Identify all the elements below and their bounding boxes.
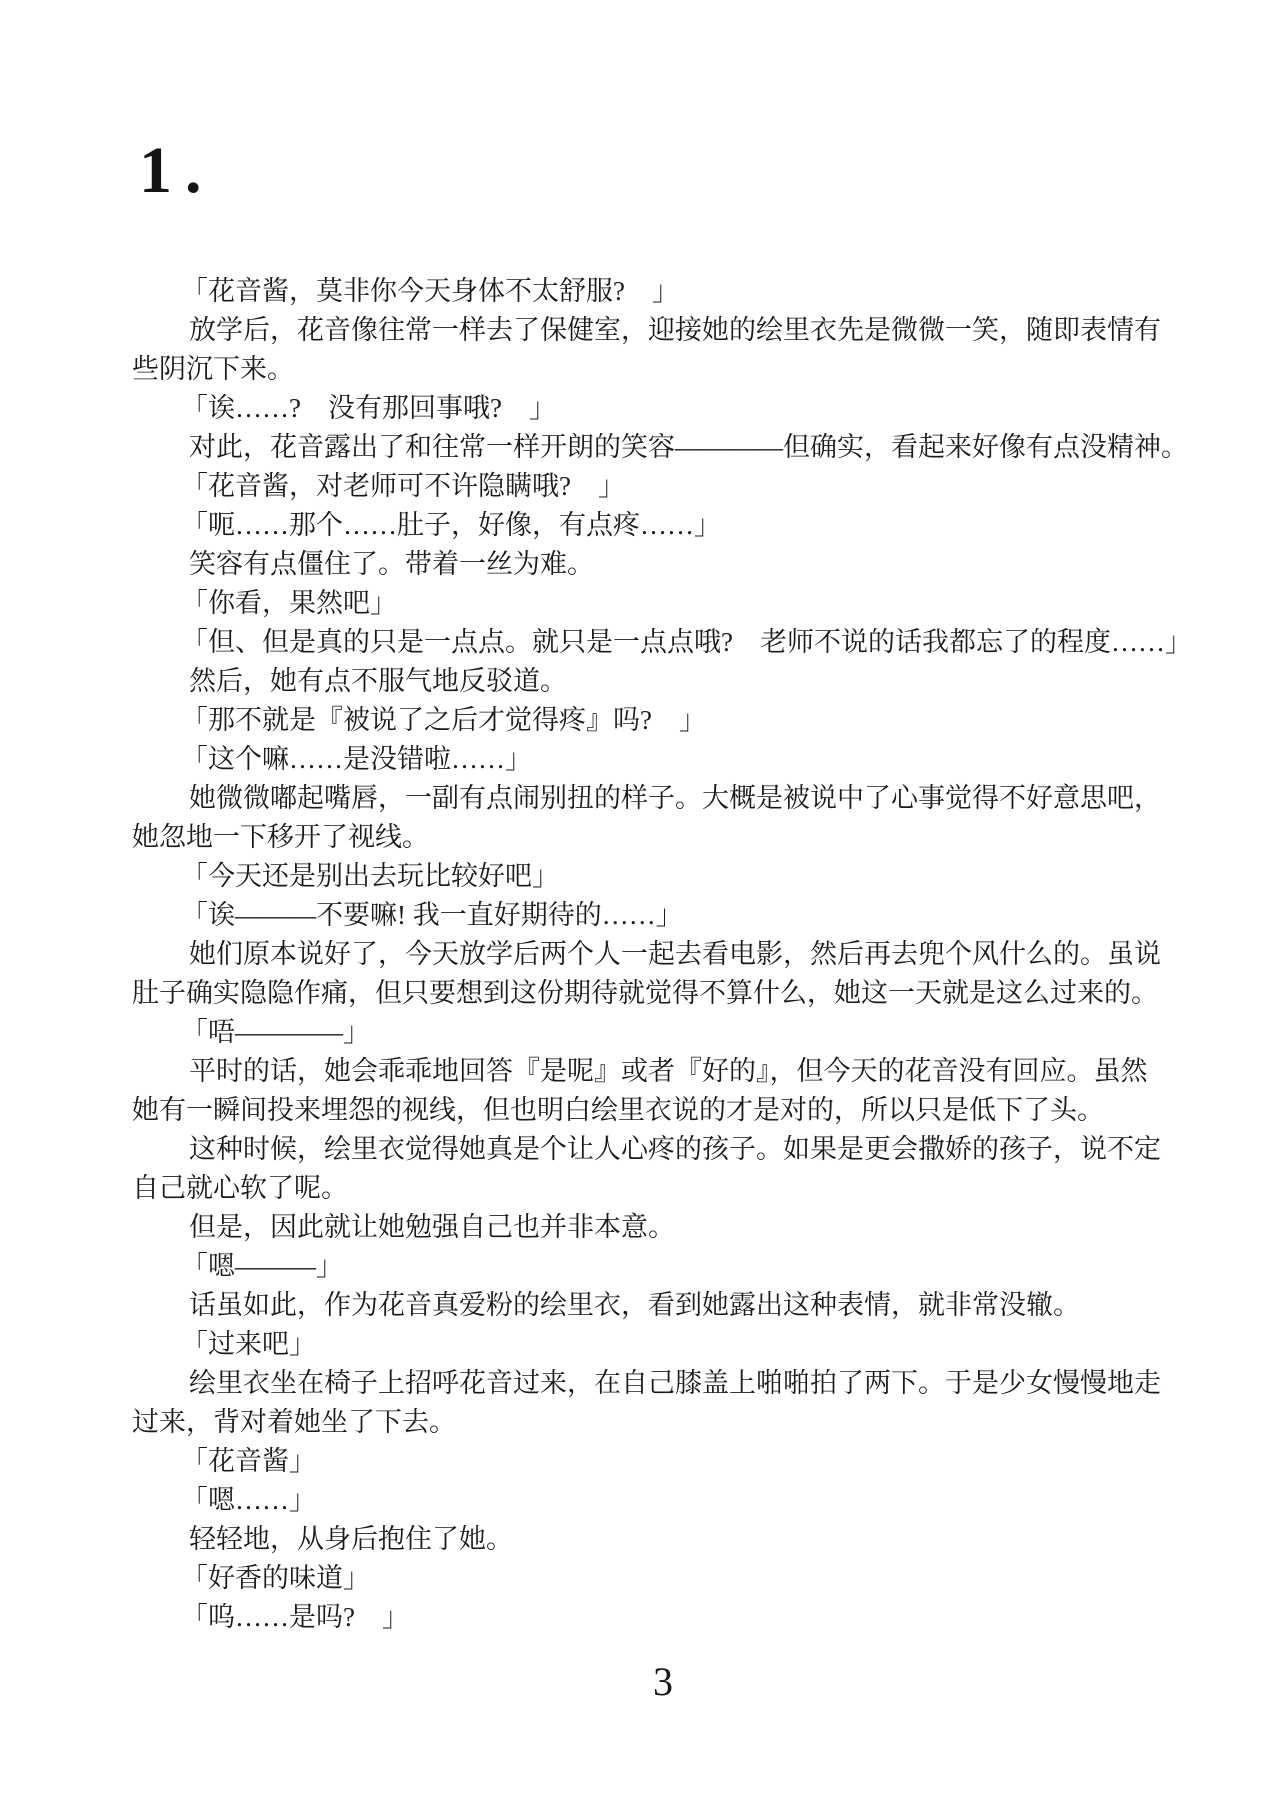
dialogue-line: 「过来吧」 <box>132 1325 1162 1364</box>
text-line: 这种时候，绘里衣觉得她真是个让人心疼的孩子。如果是更会撒娇的孩子，说不定 <box>132 1130 1162 1169</box>
dialogue-line: 「这个嘛……是没错啦……」 <box>132 740 1162 779</box>
dialogue-line: 「诶……? 没有那回事哦? 」 <box>132 389 1162 428</box>
text-line: 话虽如此，作为花音真爱粉的绘里衣，看到她露出这种表情，就非常没辙。 <box>132 1286 1162 1325</box>
dialogue-line: 「今天还是别出去玩比较好吧」 <box>132 857 1162 896</box>
dialogue-line: 「但、但是真的只是一点点。就只是一点点哦? 老师不说的话我都忘了的程度……」 <box>132 623 1162 662</box>
text-line: 自己就心软了呢。 <box>132 1169 1162 1208</box>
text-line: 绘里衣坐在椅子上招呼花音过来，在自己膝盖上啪啪拍了两下。于是少女慢慢地走 <box>132 1364 1162 1403</box>
text-line: 她有一瞬间投来埋怨的视线，但也明白绘里衣说的才是对的，所以只是低下了头。 <box>132 1091 1162 1130</box>
chapter-number-heading: 1. <box>139 138 215 204</box>
scanned-novel-page: { "page": { "background": "#ffffff", "te… <box>0 0 1280 1808</box>
text-line: 肚子确实隐隐作痛，但只要想到这份期待就觉得不算什么，她这一天就是这么过来的。 <box>132 974 1162 1013</box>
text-line: 然后，她有点不服气地反驳道。 <box>132 662 1162 701</box>
text-line: 过来，背对着她坐了下去。 <box>132 1403 1162 1442</box>
body-text-block: 「花音酱，莫非你今天身体不太舒服? 」放学后，花音像往常一样去了保健室，迎接她的… <box>132 272 1162 1637</box>
dialogue-line: 「嗯……」 <box>132 1481 1162 1520</box>
text-line: 她忽地一下移开了视线。 <box>132 818 1162 857</box>
text-line: 轻轻地，从身后抱住了她。 <box>132 1520 1162 1559</box>
text-line: 平时的话，她会乖乖地回答『是呢』或者『好的』，但今天的花音没有回应。虽然 <box>132 1052 1162 1091</box>
dialogue-line: 「呃……那个……肚子，好像，有点疼……」 <box>132 506 1162 545</box>
text-line: 但是，因此就让她勉强自己也并非本意。 <box>132 1208 1162 1247</box>
dialogue-line: 「嗯———」 <box>132 1247 1162 1286</box>
dialogue-line: 「那不就是『被说了之后才觉得疼』吗? 」 <box>132 701 1162 740</box>
dialogue-line: 「花音酱」 <box>132 1442 1162 1481</box>
dialogue-line: 「你看，果然吧」 <box>132 584 1162 623</box>
dialogue-line: 「诶———不要嘛! 我一直好期待的……」 <box>132 896 1162 935</box>
page-number: 3 <box>653 1660 673 1704</box>
dialogue-line: 「好香的味道」 <box>132 1559 1162 1598</box>
text-line: 放学后，花音像往常一样去了保健室，迎接她的绘里衣先是微微一笑，随即表情有 <box>132 311 1162 350</box>
dialogue-line: 「呜……是吗? 」 <box>132 1598 1162 1637</box>
dialogue-line: 「花音酱，莫非你今天身体不太舒服? 」 <box>132 272 1162 311</box>
text-line: 对此，花音露出了和往常一样开朗的笑容————但确实，看起来好像有点没精神。 <box>132 428 1162 467</box>
page-background: 1. 「花音酱，莫非你今天身体不太舒服? 」放学后，花音像往常一样去了保健室，迎… <box>0 0 1280 1808</box>
text-line: 她微微嘟起嘴唇，一副有点闹别扭的样子。大概是被说中了心事觉得不好意思吧， <box>132 779 1162 818</box>
text-line: 她们原本说好了，今天放学后两个人一起去看电影，然后再去兜个风什么的。虽说 <box>132 935 1162 974</box>
text-line: 些阴沉下来。 <box>132 350 1162 389</box>
text-line: 笑容有点僵住了。带着一丝为难。 <box>132 545 1162 584</box>
dialogue-line: 「花音酱，对老师可不许隐瞒哦? 」 <box>132 467 1162 506</box>
dialogue-line: 「唔————」 <box>132 1013 1162 1052</box>
